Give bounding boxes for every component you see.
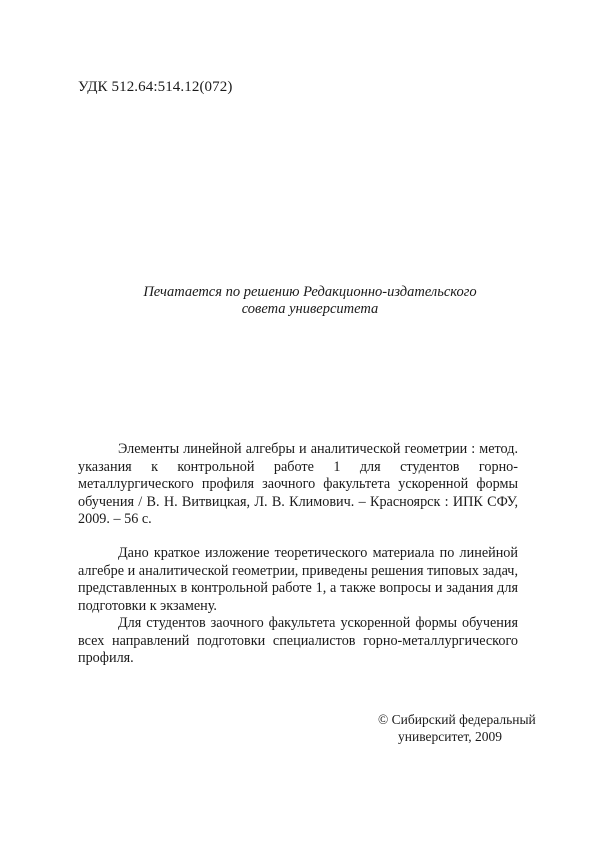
approval-line-2: совета университета bbox=[100, 301, 520, 318]
bibliographic-record: Элементы линейной алгебры и аналитическо… bbox=[78, 441, 518, 529]
udk-code: УДК 512.64:514.12(072) bbox=[78, 79, 232, 96]
annotation-paragraph: Дано краткое изложение теоретического ма… bbox=[78, 545, 518, 615]
annotation: Дано краткое изложение теоретического ма… bbox=[78, 545, 518, 668]
copyright-notice: © Сибирский федеральный университет, 200… bbox=[378, 711, 536, 745]
bibliographic-text: Элементы линейной алгебры и аналитическо… bbox=[78, 441, 518, 529]
annotation-paragraph: Для студентов заочного факультета ускоре… bbox=[78, 615, 518, 668]
copyright-line-2: университет, 2009 bbox=[378, 728, 536, 745]
approval-line-1: Печатается по решению Редакционно-издате… bbox=[100, 284, 520, 301]
publication-approval: Печатается по решению Редакционно-издате… bbox=[100, 284, 520, 318]
copyright-line-1: © Сибирский федеральный bbox=[378, 712, 536, 727]
